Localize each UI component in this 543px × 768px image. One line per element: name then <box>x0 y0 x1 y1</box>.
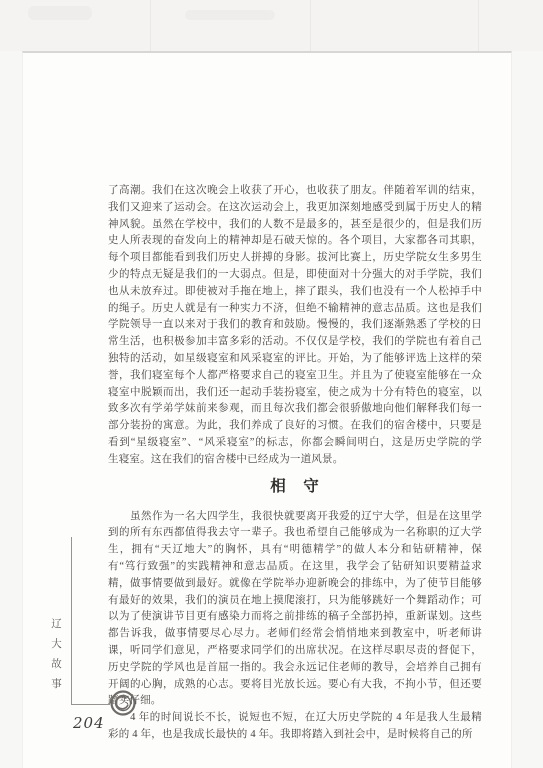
scan-seam <box>150 0 151 51</box>
scanned-book-page: 了高潮。我们在这次晚会上收获了开心，也收获了朋友。伴随着军训的结束，我们又迎来了… <box>0 0 543 768</box>
text-line: 我们又迎来了运动会。在这次运动会上，我更加深刻地感受到属于历史人的精 <box>108 200 482 217</box>
spine-title-char: 故 <box>50 655 63 675</box>
text-line: 少的特点无疑是我们的一大弱点。但是，即使面对十分强大的对手学院，我们 <box>108 267 482 284</box>
text-line: 有“笃行致强”的实践精神和意志品质。在这里，我学会了钻研知识要精益求 <box>108 559 482 576</box>
spine-title-vertical: 辽大故事 <box>50 615 63 695</box>
scan-seam <box>310 0 311 51</box>
text-line: 的绳子。历史人就是有一种实力不济，但绝不输精神的意志品质。这也是我们 <box>108 301 482 318</box>
scan-smudge <box>28 6 92 20</box>
scan-smudge <box>185 10 275 20</box>
text-line: 史人所表现的奋发向上的精神却是石破天惊的。各个项目，大家都各司其职， <box>108 233 482 250</box>
spine-vertical-rule <box>71 537 72 705</box>
text-line: 神风貌。虽然在学校中，我们的人数不是最多的，甚至是很少的，但是我们历 <box>108 217 482 234</box>
scan-edge-band <box>0 0 543 51</box>
text-line: 生，拥有“天辽地大”的胸怀，具有“明德精学”的做人本分和钻研精神，保 <box>108 542 482 559</box>
text-line: 看到“星级寝室”、“风采寝室”的标志，你都会瞬间明白，这是历史学院的学 <box>108 435 482 452</box>
text-line: 以为了使演讲节目更有感染力而将之前排练的稿子全部扔掉，重新谋划。这些 <box>108 609 482 626</box>
text-line: 课，听同学们意见，严格要求同学们的出席状况。在这样尽职尽责的督促下， <box>108 643 482 660</box>
text-line: 有最好的效果，我们的演员在地上摸爬滚打，只为能够跳好一个舞蹈动作；可 <box>108 593 482 610</box>
paragraph-staying-together: 虽然作为一名大四学生，我很快就要离开我爱的辽宁大学，但是在这里学到的所有东西都值… <box>108 509 482 711</box>
text-line: 致多次有学弟学妹前来参观，而且每次我们都会很骄傲地向他们解释我们每一 <box>108 401 482 418</box>
text-line: 学院领导一直以来对于我们的教育和鼓励。慢慢的，我们逐渐熟悉了学校的日 <box>108 317 482 334</box>
spine-connector-rule <box>71 704 110 705</box>
text-line: 到的所有东西都值得我去守一辈子。我也希望自己能够成为一名称职的辽大学 <box>108 525 482 542</box>
text-line: 每个项目都能看到我们历史人拼搏的身影。拔河比赛上，历史学院女生多男生 <box>108 250 482 267</box>
text-line: 生寝室。这在我们的宿舍楼中已经成为一道风景。 <box>108 452 482 469</box>
text-line: 常生活，也积极参加丰富多彩的活动。不仅仅是学校，我们的学院也有着自己 <box>108 334 482 351</box>
spine-title-char: 事 <box>50 675 63 695</box>
text-line: 精，做事情要做到最好。就像在学院举办迎新晚会的排练中，为了使节目能够 <box>108 576 482 593</box>
text-line: 踏实仔细。 <box>108 693 482 710</box>
scan-seam <box>478 0 479 51</box>
section-heading: 相 守 <box>108 477 482 497</box>
text-line: 独特的活动，如星级寝室和风采寝室的评比。开始，为了能够评选上这样的荣 <box>108 351 482 368</box>
text-line: 部分装扮的寓意。为此，我们养成了良好的习惯。在我们的宿舍楼中，只要是 <box>108 418 482 435</box>
text-line: 都告诉我，做事情要尽心尽力。老师们经常会悄悄地来到教室中，听老师讲 <box>108 626 482 643</box>
page-number: 204 <box>73 714 105 732</box>
paragraph-four-years: 4 年的时间说长不长，说短也不短，在辽大历史学院的 4 年是我人生最精彩的 4 … <box>108 710 482 744</box>
text-column: 了高潮。我们在这次晚会上收获了开心，也收获了朋友。伴随着军训的结束，我们又迎来了… <box>108 183 482 744</box>
clock-stamp-icon <box>109 689 137 717</box>
text-line: 了高潮。我们在这次晚会上收获了开心，也收获了朋友。伴随着军训的结束， <box>108 183 482 200</box>
text-line: 寝室中脱颖而出，我们还一起动手装扮寝室，使之成为十分有特色的寝室，以 <box>108 385 482 402</box>
text-line: 开阔的心胸，成熟的心志。要将目光放长远。要心有大我，不拘小节，但还要 <box>108 677 482 694</box>
book-page: 了高潮。我们在这次晚会上收获了开心，也收获了朋友。伴随着军训的结束，我们又迎来了… <box>22 51 512 768</box>
text-line: 历史学院的学风也是首屈一指的。我会永远记住老师的教导，会培养自己拥有 <box>108 660 482 677</box>
paragraph-dorm-life: 了高潮。我们在这次晚会上收获了开心，也收获了朋友。伴随着军训的结束，我们又迎来了… <box>108 183 482 469</box>
text-line: 彩的 4 年，也是我成长最快的 4 年。我即将踏入到社会中，是时候将自己的所 <box>108 727 482 744</box>
spine-title-char: 辽 <box>50 615 63 635</box>
text-line: 也从未放弃过。即使被对手拖在地上，摔了跟头，我们也没有一个人松掉手中 <box>108 284 482 301</box>
text-line: 4 年的时间说长不长，说短也不短，在辽大历史学院的 4 年是我人生最精 <box>108 710 482 727</box>
text-line: 誉，我们寝室每个人都严格要求自己的寝室卫生。并且为了使寝室能够在一众 <box>108 368 482 385</box>
text-line: 虽然作为一名大四学生，我很快就要离开我爱的辽宁大学，但是在这里学 <box>108 509 482 526</box>
spine-title-char: 大 <box>50 635 63 655</box>
